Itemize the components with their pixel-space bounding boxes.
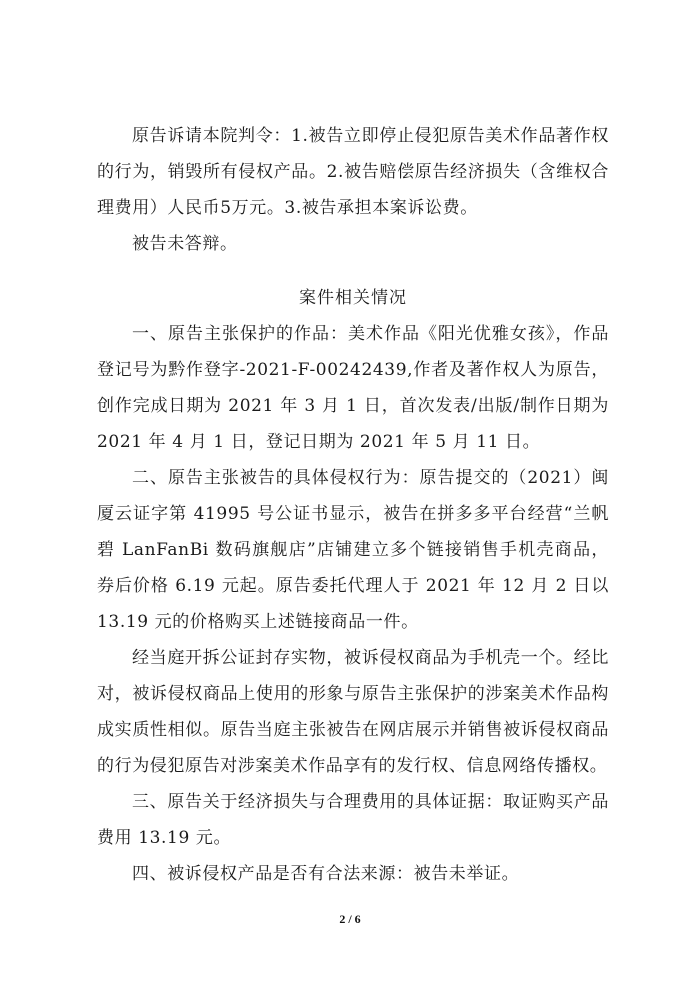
- paragraph-protected-work: 一、原告主张保护的作品：美术作品《阳光优雅女孩》，作品登记号为黔作登字-2021…: [97, 316, 609, 460]
- document-body: 原告诉请本院判令：1.被告立即停止侵犯原告美术作品著作权的行为，销毁所有侵权产品…: [97, 118, 609, 892]
- paragraph-claims: 原告诉请本院判令：1.被告立即停止侵犯原告美术作品著作权的行为，销毁所有侵权产品…: [97, 118, 609, 226]
- section-heading: 案件相关情况: [97, 280, 609, 316]
- page-number: 2 / 6: [0, 912, 700, 927]
- paragraph-no-defense: 被告未答辩。: [97, 226, 609, 262]
- paragraph-legal-source: 四、被诉侵权产品是否有合法来源：被告未举证。: [97, 856, 609, 892]
- paragraph-evidence: 三、原告关于经济损失与合理费用的具体证据：取证购买产品费用 13.19 元。: [97, 784, 609, 856]
- document-page: 原告诉请本院判令：1.被告立即停止侵犯原告美术作品著作权的行为，销毁所有侵权产品…: [0, 0, 700, 990]
- paragraph-infringement: 二、原告主张被告的具体侵权行为：原告提交的（2021）闽厦云证字第 41995 …: [97, 460, 609, 640]
- paragraph-comparison: 经当庭开拆公证封存实物，被诉侵权商品为手机壳一个。经比对，被诉侵权商品上使用的形…: [97, 640, 609, 784]
